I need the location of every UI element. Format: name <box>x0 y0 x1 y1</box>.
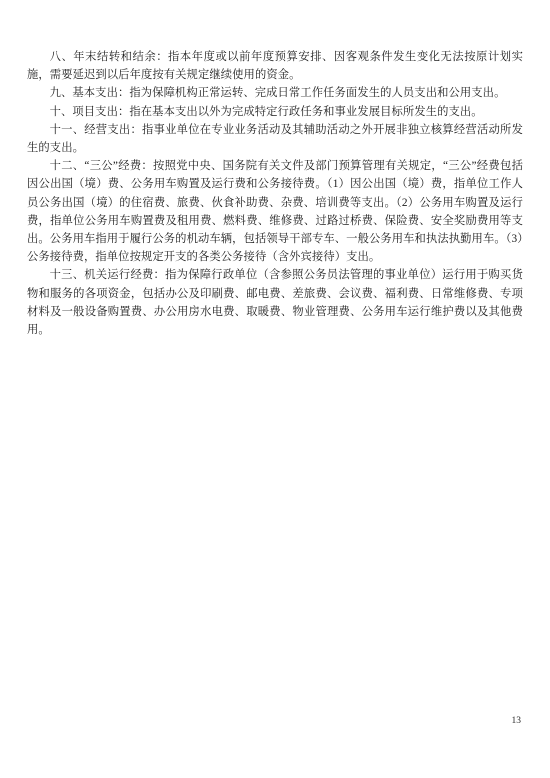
paragraph-item-13: 十三、机关运行经费：指为保障行政单位（含参照公务员法管理的事业单位）运行用于购买… <box>27 266 523 339</box>
paragraph-item-12: 十二、“三公”经费：按照党中央、国务院有关文件及部门预算管理有关规定，“三公”经… <box>27 157 523 266</box>
document-body: 八、年末结转和结余：指本年度或以前年度预算安排、因客观条件发生变化无法按原计划实… <box>27 48 523 339</box>
paragraph-item-11: 十一、经营支出：指事业单位在专业业务活动及其辅助活动之外开展非独立核算经营活动所… <box>27 121 523 157</box>
paragraph-item-8: 八、年末结转和结余：指本年度或以前年度预算安排、因客观条件发生变化无法按原计划实… <box>27 48 523 84</box>
document-page: 八、年末结转和结余：指本年度或以前年度预算安排、因客观条件发生变化无法按原计划实… <box>0 0 550 778</box>
paragraph-item-10: 十、项目支出：指在基本支出以外为完成特定行政任务和事业发展目标所发生的支出。 <box>27 103 523 121</box>
page-number: 13 <box>512 716 522 727</box>
paragraph-item-9: 九、基本支出：指为保障机构正常运转、完成日常工作任务面发生的人员支出和公用支出。 <box>27 84 523 102</box>
